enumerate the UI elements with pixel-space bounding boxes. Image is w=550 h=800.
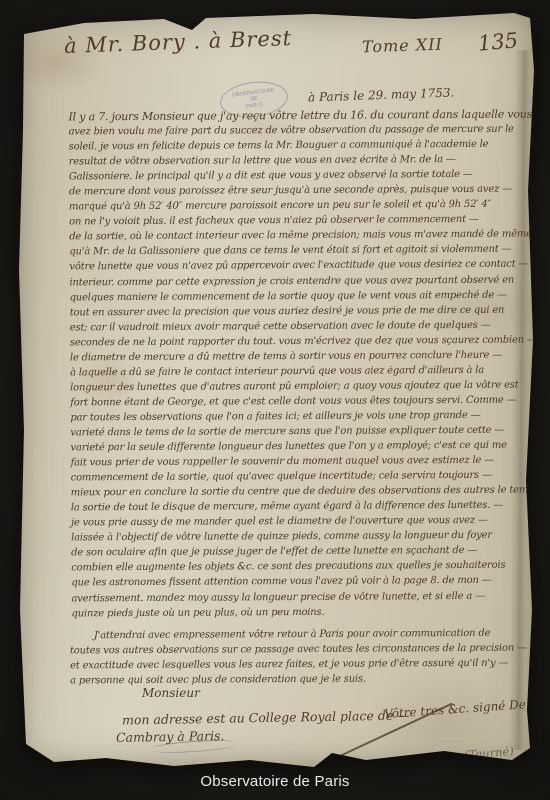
caption: Observatoire de Paris	[0, 773, 550, 790]
address-line-2: Cambray à Paris.	[116, 728, 225, 745]
manuscript-paper: à Mr. Bory . à Brest Tome XII 135 OBSERV…	[14, 10, 536, 775]
salutation: Monsieur	[142, 686, 200, 700]
photo-background: à Mr. Bory . à Brest Tome XII 135 OBSERV…	[0, 0, 550, 800]
manuscript-line: avertissement. mandez moy aussy la longu…	[71, 588, 529, 606]
manuscript-line: quinze pieds juste où un peu plus, où un…	[71, 603, 529, 621]
manuscript-line: et exactitude avec lesquelles vous les a…	[70, 656, 528, 674]
paper-sheet: à Mr. Bory . à Brest Tome XII 135 OBSERV…	[14, 10, 536, 775]
tome-annotation: Tome XII	[362, 35, 443, 57]
manuscript-line: a personne qui soit avec plus de conside…	[70, 671, 528, 689]
letter-paragraph-2: J'attendrai avec empressement vôtre reto…	[70, 626, 528, 689]
turned-pencil-note: (Tourné)	[463, 744, 514, 762]
folio-number: 135	[477, 28, 519, 55]
letter-paragraph-1: Il y a 7. jours Monsieur que j'ay reçu v…	[68, 107, 529, 621]
manuscript-line: soleil. je vous en felicite depuis ce te…	[69, 137, 527, 155]
